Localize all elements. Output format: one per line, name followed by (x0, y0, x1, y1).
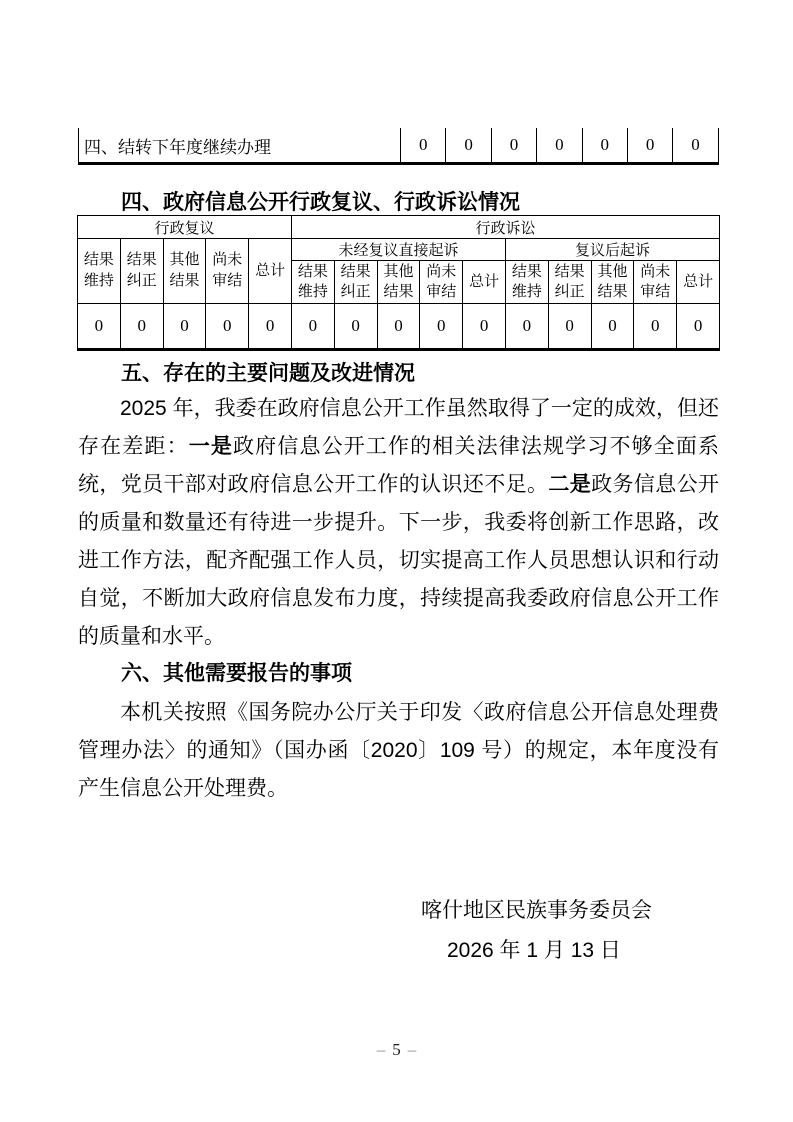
section5-bold-point2: 二是 (548, 473, 591, 496)
carryover-cell: 0 (673, 128, 718, 164)
after-value-cell: 0 (677, 304, 720, 350)
review-subheader: 尚未 审结 (206, 239, 249, 304)
carryover-row: 四、结转下年度继续办理 0 0 0 0 0 0 0 (79, 128, 719, 164)
section6-paragraph: 本机关按照《国务院办公厅关于印发〈政府信息公开信息处理费管理办法〉的通知》（国办… (78, 694, 719, 808)
review-subheader: 结果 维持 (78, 239, 121, 304)
page-number-dash: – (370, 1040, 393, 1059)
direct-subheader: 结果 纠正 (334, 261, 377, 304)
review-value-cell: 0 (163, 304, 206, 350)
carryover-table: 四、结转下年度继续办理 0 0 0 0 0 0 0 (78, 128, 719, 165)
after-value-cell: 0 (591, 304, 634, 350)
direct-subheader: 尚未 审结 (420, 261, 463, 304)
review-value-cell: 0 (206, 304, 249, 350)
after-subheader: 其他 结果 (591, 261, 634, 304)
after-value-cell: 0 (505, 304, 548, 350)
after-subheader: 结果 纠正 (548, 261, 591, 304)
direct-value-cell: 0 (377, 304, 420, 350)
review-value-cell: 0 (78, 304, 121, 350)
carryover-cell: 0 (401, 128, 446, 164)
carryover-cell: 0 (446, 128, 491, 164)
direct-subheader: 总计 (463, 261, 506, 304)
review-subheader: 其他 结果 (163, 239, 206, 304)
page-number-value: 5 (392, 1040, 401, 1059)
table-subgroup-header-row: 结果 维持 结果 纠正 其他 结果 尚未 审结 总计 未经复议直接起诉 复议后起… (78, 239, 720, 261)
subgroup-direct-header: 未经复议直接起诉 (291, 239, 505, 261)
direct-subheader: 其他 结果 (377, 261, 420, 304)
page-number: –5– (0, 1040, 793, 1060)
after-value-cell: 0 (548, 304, 591, 350)
group-litigation-header: 行政诉讼 (291, 216, 719, 239)
carryover-cell: 0 (627, 128, 672, 164)
carryover-cell: 0 (491, 128, 536, 164)
table-values-row: 0 0 0 0 0 0 0 0 0 0 0 0 0 0 0 (78, 304, 720, 350)
after-subheader: 尚未 审结 (634, 261, 677, 304)
direct-subheader: 结果 维持 (291, 261, 334, 304)
subgroup-after-header: 复议后起诉 (505, 239, 719, 261)
after-subheader: 结果 维持 (505, 261, 548, 304)
page-number-dash: – (401, 1040, 424, 1059)
review-litigation-table: 行政复议 行政诉讼 结果 维持 结果 纠正 其他 结果 尚未 审结 总计 未经复… (77, 215, 720, 351)
document-page: 四、结转下年度继续办理 0 0 0 0 0 0 0 四、政府信息公开行政复议、行… (0, 0, 793, 1122)
carryover-cell: 0 (582, 128, 627, 164)
direct-value-cell: 0 (420, 304, 463, 350)
review-subheader: 总计 (249, 239, 292, 304)
section5-bold-point1: 一是 (189, 435, 233, 458)
direct-value-cell: 0 (463, 304, 506, 350)
carryover-cell: 0 (537, 128, 582, 164)
table-group-header-row: 行政复议 行政诉讼 (78, 216, 720, 239)
direct-value-cell: 0 (334, 304, 377, 350)
direct-value-cell: 0 (291, 304, 334, 350)
review-value-cell: 0 (120, 304, 163, 350)
signature-organization: 喀什地区民族事务委员会 (421, 896, 652, 926)
section4-heading: 四、政府信息公开行政复议、行政诉讼情况 (78, 188, 719, 218)
signature-date: 2026 年 1 月 13 日 (447, 936, 621, 966)
group-review-header: 行政复议 (78, 216, 292, 239)
review-value-cell: 0 (249, 304, 292, 350)
section5-heading: 五、存在的主要问题及改进情况 (78, 359, 719, 389)
section5-paragraph: 2025 年，我委在政府信息公开工作虽然取得了一定的成效，但还存在差距：一是政府… (78, 390, 719, 656)
review-subheader: 结果 纠正 (120, 239, 163, 304)
after-subheader: 总计 (677, 261, 720, 304)
section5-text: 政务信息公开的质量和数量还有待进一步提升。下一步，我委将创新工作思路，改进工作方… (78, 473, 719, 648)
carryover-row-label: 四、结转下年度继续办理 (79, 128, 401, 164)
section6-heading: 六、其他需要报告的事项 (78, 659, 719, 689)
after-value-cell: 0 (634, 304, 677, 350)
